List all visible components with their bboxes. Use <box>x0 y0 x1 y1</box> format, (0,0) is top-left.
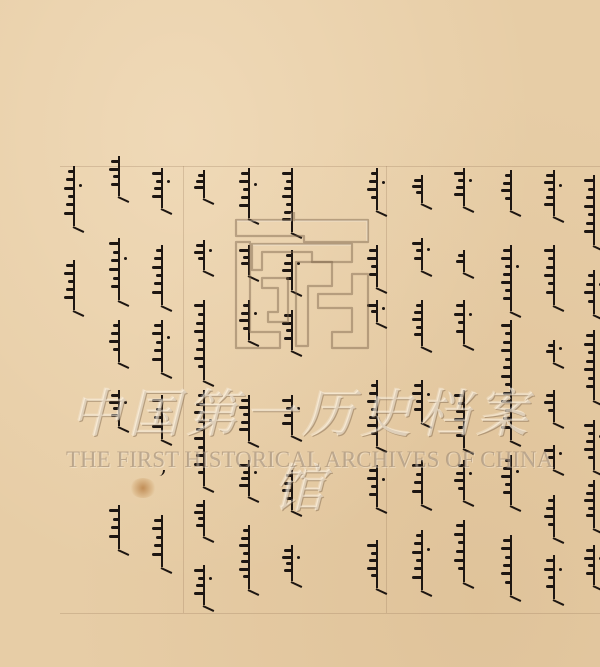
manchu-word <box>411 238 435 270</box>
manchu-word <box>583 175 600 245</box>
manchu-word <box>583 420 600 470</box>
manchu-word <box>543 245 567 305</box>
manchu-word <box>281 545 305 581</box>
manchu-word <box>583 545 600 585</box>
manchu-word <box>108 238 132 300</box>
manchu-word <box>411 175 435 203</box>
manchu-word <box>108 320 132 362</box>
manchu-word <box>543 390 567 422</box>
manchu-word <box>500 170 524 210</box>
manchu-word <box>453 250 477 272</box>
manchu-word <box>543 555 567 599</box>
manchu-word <box>543 495 567 537</box>
manchu-word <box>151 168 175 208</box>
manchu-word <box>453 168 477 206</box>
archive-seal-logo-icon <box>232 212 372 352</box>
watermark-english: THE FIRST HISTORICAL ARCHIVES OF CHINA <box>66 447 536 473</box>
manchu-word <box>500 535 524 595</box>
manchu-word <box>193 240 217 270</box>
manchu-word <box>193 170 217 198</box>
manchu-word <box>238 525 262 589</box>
manchu-word <box>366 540 390 588</box>
manchu-word <box>151 320 175 372</box>
manchu-word <box>583 480 600 528</box>
ruled-line-bottom <box>60 613 600 614</box>
manchu-word <box>238 168 262 218</box>
manchu-word <box>500 245 524 311</box>
manchu-word <box>543 340 567 362</box>
manchu-word <box>108 156 132 196</box>
ruled-line-top <box>60 166 600 167</box>
manchu-word <box>151 515 175 567</box>
manchu-word <box>366 168 390 210</box>
manchu-word <box>63 166 87 226</box>
manchu-word <box>583 270 600 314</box>
manchu-word <box>453 520 477 582</box>
manchu-word <box>411 300 435 346</box>
manchu-word <box>583 330 600 400</box>
manchu-word <box>193 300 217 380</box>
manchu-word <box>151 245 175 305</box>
manchu-word <box>411 530 435 590</box>
manchu-word <box>543 170 567 216</box>
manchu-word <box>453 300 477 344</box>
manchu-word <box>63 260 87 310</box>
manchu-word <box>193 565 217 605</box>
